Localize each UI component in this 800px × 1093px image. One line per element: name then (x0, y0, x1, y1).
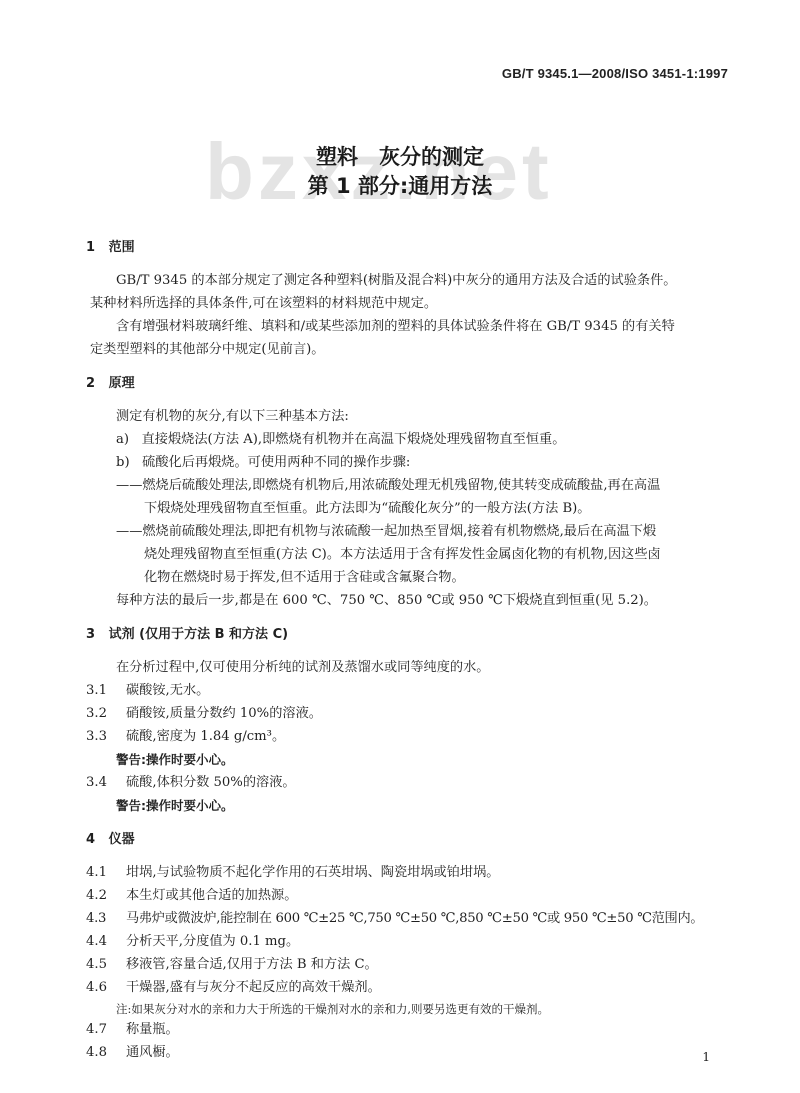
note-text: 注:如果灰分对水的亲和力大于所选的干燥剂对水的亲和力,则要另选更有效的干燥剂。 (116, 999, 549, 1019)
paragraph-line: 测定有机物的灰分,有以下三种基本方法: (116, 407, 349, 427)
document-subtitle: 第 1 部分:通用方法 (0, 170, 800, 200)
list-item-b: b) 硫酸化后再煅烧。可使用两种不同的操作步骤: (116, 453, 410, 473)
clause-4-6: 4.6干燥器,盛有与灰分不起反应的高效干燥剂。 (86, 978, 381, 998)
paragraph-line: 化物在燃烧时易于挥发,但不适用于含硅或含氟聚合物。 (144, 568, 465, 588)
document-page: GB/T 9345.1—2008/ISO 3451-1:1997 bzxz.ne… (0, 0, 800, 1093)
paragraph-line: 含有增强材料玻璃纤维、填料和/或某些添加剂的塑料的具体试验条件将在 GB/T 9… (116, 317, 675, 337)
clause-4-2: 4.2本生灯或其他合适的加热源。 (86, 886, 297, 906)
standard-code: GB/T 9345.1—2008/ISO 3451-1:1997 (502, 66, 728, 81)
section-number: 3 (86, 627, 95, 642)
clause-4-8: 4.8通风橱。 (86, 1043, 179, 1063)
section-3-heading: 3 试剂 (仅用于方法 B 和方法 C) (86, 625, 288, 645)
warning-text: 警告:操作时要小心。 (116, 796, 234, 816)
clause-3-4: 3.4硫酸,体积分数 50%的溶液。 (86, 773, 296, 793)
paragraph-line: 定类型塑料的其他部分中规定(见前言)。 (90, 340, 324, 360)
section-number: 2 (86, 376, 95, 391)
clause-4-1: 4.1坩埚,与试验物质不起化学作用的石英坩埚、陶瓷坩埚或铂坩埚。 (86, 863, 499, 883)
clause-3-1: 3.1碳酸铵,无水。 (86, 681, 209, 701)
paragraph-line: 在分析过程中,仅可使用分析纯的试剂及蒸馏水或同等纯度的水。 (116, 658, 489, 678)
paragraph-line: 某种材料所选择的具体条件,可在该塑料的材料规范中规定。 (90, 294, 437, 314)
paragraph-line: 下煅烧处理残留物直至恒重。此方法即为“硫酸化灰分”的一般方法(方法 B)。 (144, 499, 590, 519)
section-2-heading: 2 原理 (86, 374, 135, 394)
paragraph-line: ——燃烧后硫酸处理法,即燃烧有机物后,用浓硫酸处理无机残留物,使其转变成硫酸盐,… (116, 476, 660, 496)
paragraph-line: GB/T 9345 的本部分规定了测定各种塑料(树脂及混合料)中灰分的通用方法及… (116, 271, 676, 291)
warning-text: 警告:操作时要小心。 (116, 750, 234, 770)
clause-4-7: 4.7称量瓶。 (86, 1020, 179, 1040)
paragraph-line: ——燃烧前硫酸处理法,即把有机物与浓硫酸一起加热至冒烟,接着有机物燃烧,最后在高… (116, 522, 656, 542)
page-number: 1 (702, 1050, 710, 1064)
section-4-heading: 4 仪器 (86, 830, 135, 850)
section-title: 范围 (109, 240, 135, 255)
section-title: 仪器 (109, 832, 135, 847)
section-title: 原理 (109, 376, 135, 391)
section-number: 4 (86, 832, 95, 847)
list-item-a: a) 直接煅烧法(方法 A),即燃烧有机物并在高温下煅烧处理残留物直至恒重。 (116, 430, 565, 450)
document-title: 塑料 灰分的测定 (0, 141, 800, 171)
section-title: 试剂 (仅用于方法 B 和方法 C) (109, 627, 288, 642)
clause-4-4: 4.4分析天平,分度值为 0.1 mg。 (86, 932, 299, 952)
clause-3-2: 3.2硝酸铵,质量分数约 10%的溶液。 (86, 704, 322, 724)
clause-4-3: 4.3马弗炉或微波炉,能控制在 600 ℃±25 ℃,750 ℃±50 ℃,85… (86, 909, 703, 929)
paragraph-line: 每种方法的最后一步,都是在 600 ℃、750 ℃、850 ℃或 950 ℃下煅… (116, 591, 657, 611)
clause-4-5: 4.5移液管,容量合适,仅用于方法 B 和方法 C。 (86, 955, 378, 975)
section-number: 1 (86, 240, 95, 255)
section-1-heading: 1 范围 (86, 238, 135, 258)
paragraph-line: 烧处理残留物直至恒重(方法 C)。本方法适用于含有挥发性金属卤化物的有机物,因这… (144, 545, 661, 565)
clause-3-3: 3.3硫酸,密度为 1.84 g/cm³。 (86, 727, 285, 747)
